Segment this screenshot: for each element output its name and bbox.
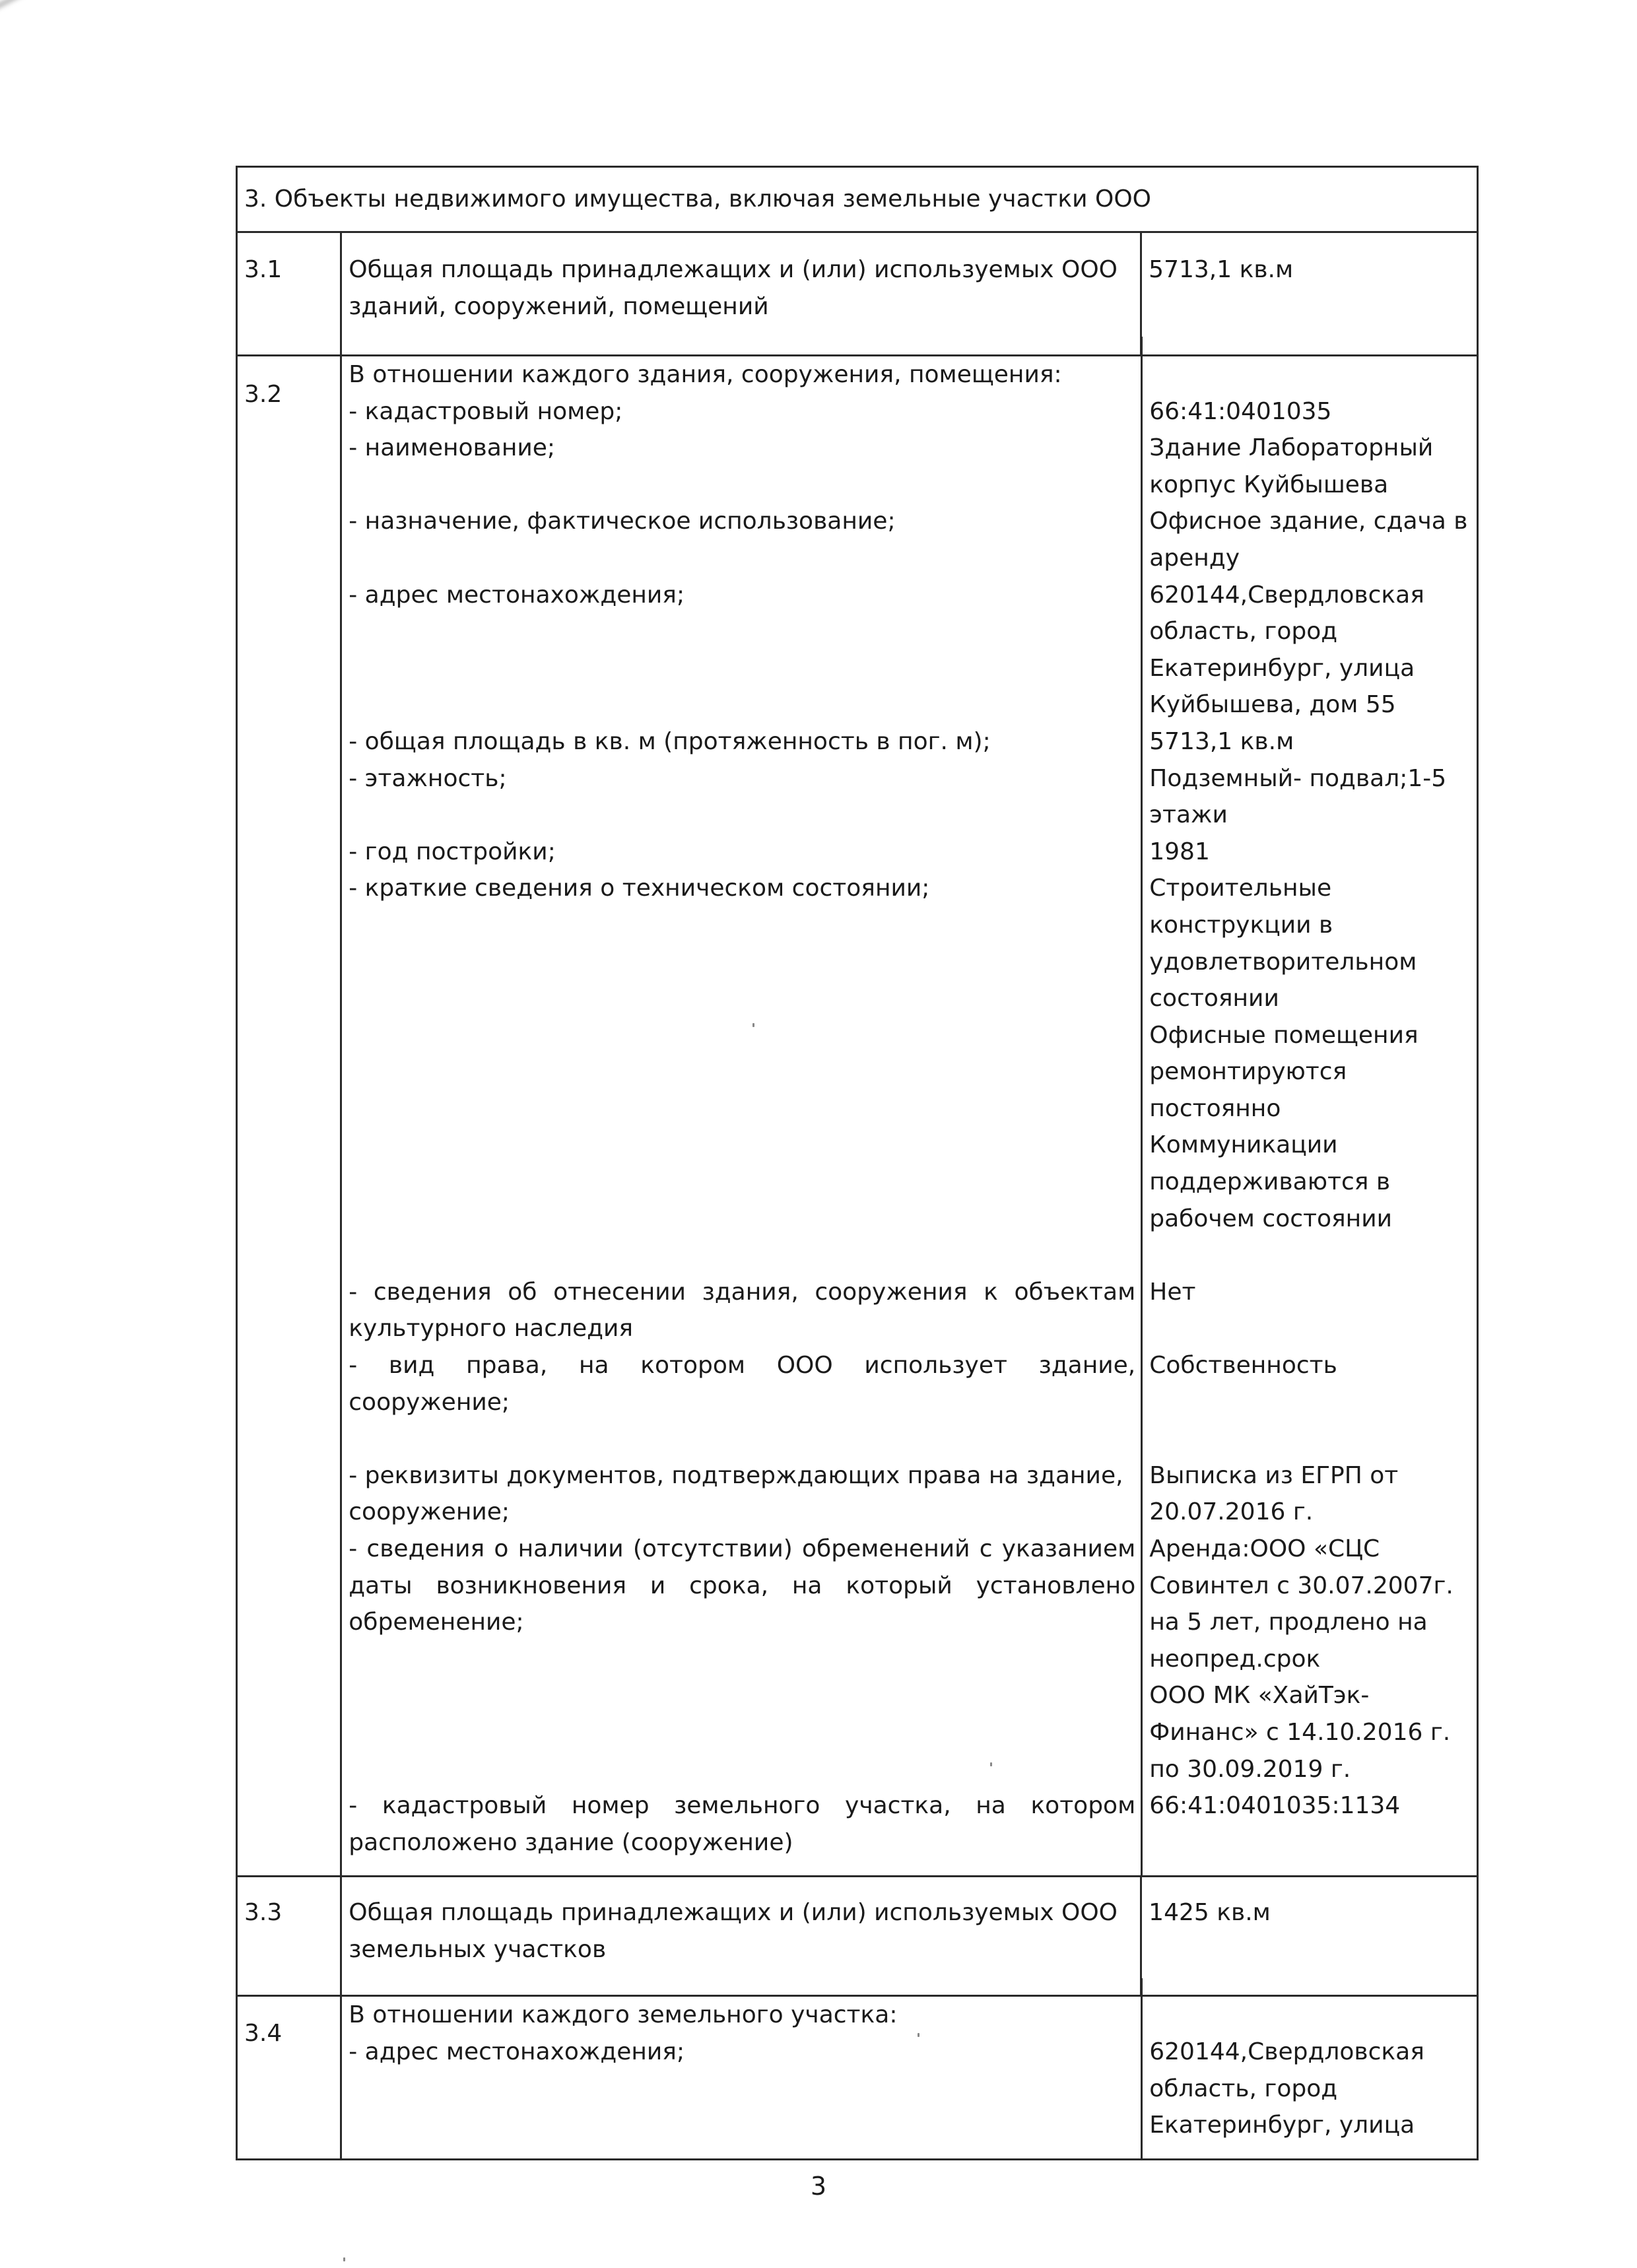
row-number: 3.2 — [237, 356, 341, 1877]
row-number: 3.1 — [237, 232, 341, 356]
row-bottom-spacer — [1141, 1861, 1477, 1875]
table-row: 3.2 В отношении каждого здания, сооружен… — [237, 356, 1478, 1877]
item-value: Подземный- подвал;1-5 этажи — [1141, 760, 1477, 834]
building-details-grid: В отношении каждого здания, сооружения, … — [342, 337, 1477, 1875]
building-details: В отношении каждого здания, сооружения, … — [341, 356, 1478, 1877]
item-value: 620144,Свердловская область, город Екате… — [1141, 577, 1477, 723]
intro-text: В отношении каждого здания, сооружения, … — [342, 337, 1141, 393]
land-plot-details: В отношении каждого земельного участка:-… — [341, 1996, 1478, 2159]
scan-speck — [918, 2033, 919, 2037]
row-number: 3.3 — [237, 1877, 341, 1996]
row-number: 3.4 — [237, 1996, 341, 2159]
item-value: Выписка из ЕГРП от 20.07.2016 г. — [1141, 1457, 1477, 1531]
item-label: - сведения об отнесении здания, сооружен… — [342, 1274, 1141, 1347]
section-header-row: 3. Объекты недвижимого имущества, включа… — [237, 167, 1478, 232]
row-bottom-spacer — [1141, 2144, 1477, 2158]
item-label: - адрес местонахождения; — [342, 2034, 1141, 2144]
item-value: Строительные конструкции в удовлетворите… — [1141, 870, 1477, 1274]
scan-speck — [343, 2257, 345, 2261]
item-label: - краткие сведения о техническом состоян… — [342, 870, 1141, 1274]
item-value: 620144,Свердловская область, город Екате… — [1141, 2034, 1477, 2144]
row-bottom-spacer — [342, 2144, 1141, 2158]
section-title: 3. Объекты недвижимого имущества, включа… — [237, 167, 1478, 232]
item-label: - кадастровый номер земельного участка, … — [342, 1787, 1141, 1861]
item-value: Нет — [1141, 1274, 1477, 1347]
item-value: Собственность — [1141, 1347, 1477, 1457]
scan-speck — [752, 1023, 754, 1027]
item-label: - общая площадь в кв. м (протяженность в… — [342, 723, 1141, 760]
item-label: - год постройки; — [342, 834, 1141, 871]
item-value: 66:41:0401035 — [1141, 393, 1477, 430]
item-label: - вид права, на котором ООО использует з… — [342, 1347, 1141, 1457]
property-table: 3. Объекты недвижимого имущества, включа… — [236, 166, 1479, 2160]
item-label: - адрес местонахождения; — [342, 577, 1141, 723]
intro-value-empty — [1141, 337, 1477, 393]
item-value: 1981 — [1141, 834, 1477, 871]
item-label: - назначение, фактическое использование; — [342, 503, 1141, 576]
item-value: Офисное здание, сдача в аренду — [1141, 503, 1477, 576]
row-bottom-spacer — [342, 1861, 1141, 1875]
item-label: - этажность; — [342, 760, 1141, 834]
intro-value-empty — [1141, 1978, 1477, 2034]
table-row: 3.4 В отношении каждого земельного участ… — [237, 1996, 1478, 2159]
item-value: Здание Лабораторный корпус Куйбышева — [1141, 430, 1477, 503]
item-label: - реквизиты документов, подтверждающих п… — [342, 1457, 1141, 1531]
land-plot-details-grid: В отношении каждого земельного участка:-… — [342, 1978, 1477, 2158]
item-value: 5713,1 кв.м — [1141, 723, 1477, 760]
scan-crease-mark — [0, 0, 131, 21]
item-value: 66:41:0401035:1134 — [1141, 1787, 1477, 1861]
intro-text: В отношении каждого земельного участка: — [342, 1978, 1141, 2034]
scan-speck — [990, 1762, 992, 1766]
page-number: 3 — [0, 2172, 1637, 2201]
item-value: Аренда:ООО «СЦС Совинтел с 30.07.2007г. … — [1141, 1531, 1477, 1787]
item-label: - сведения о наличии (отсутствии) обреме… — [342, 1531, 1141, 1787]
item-label: - кадастровый номер; — [342, 393, 1141, 430]
item-label: - наименование; — [342, 430, 1141, 503]
